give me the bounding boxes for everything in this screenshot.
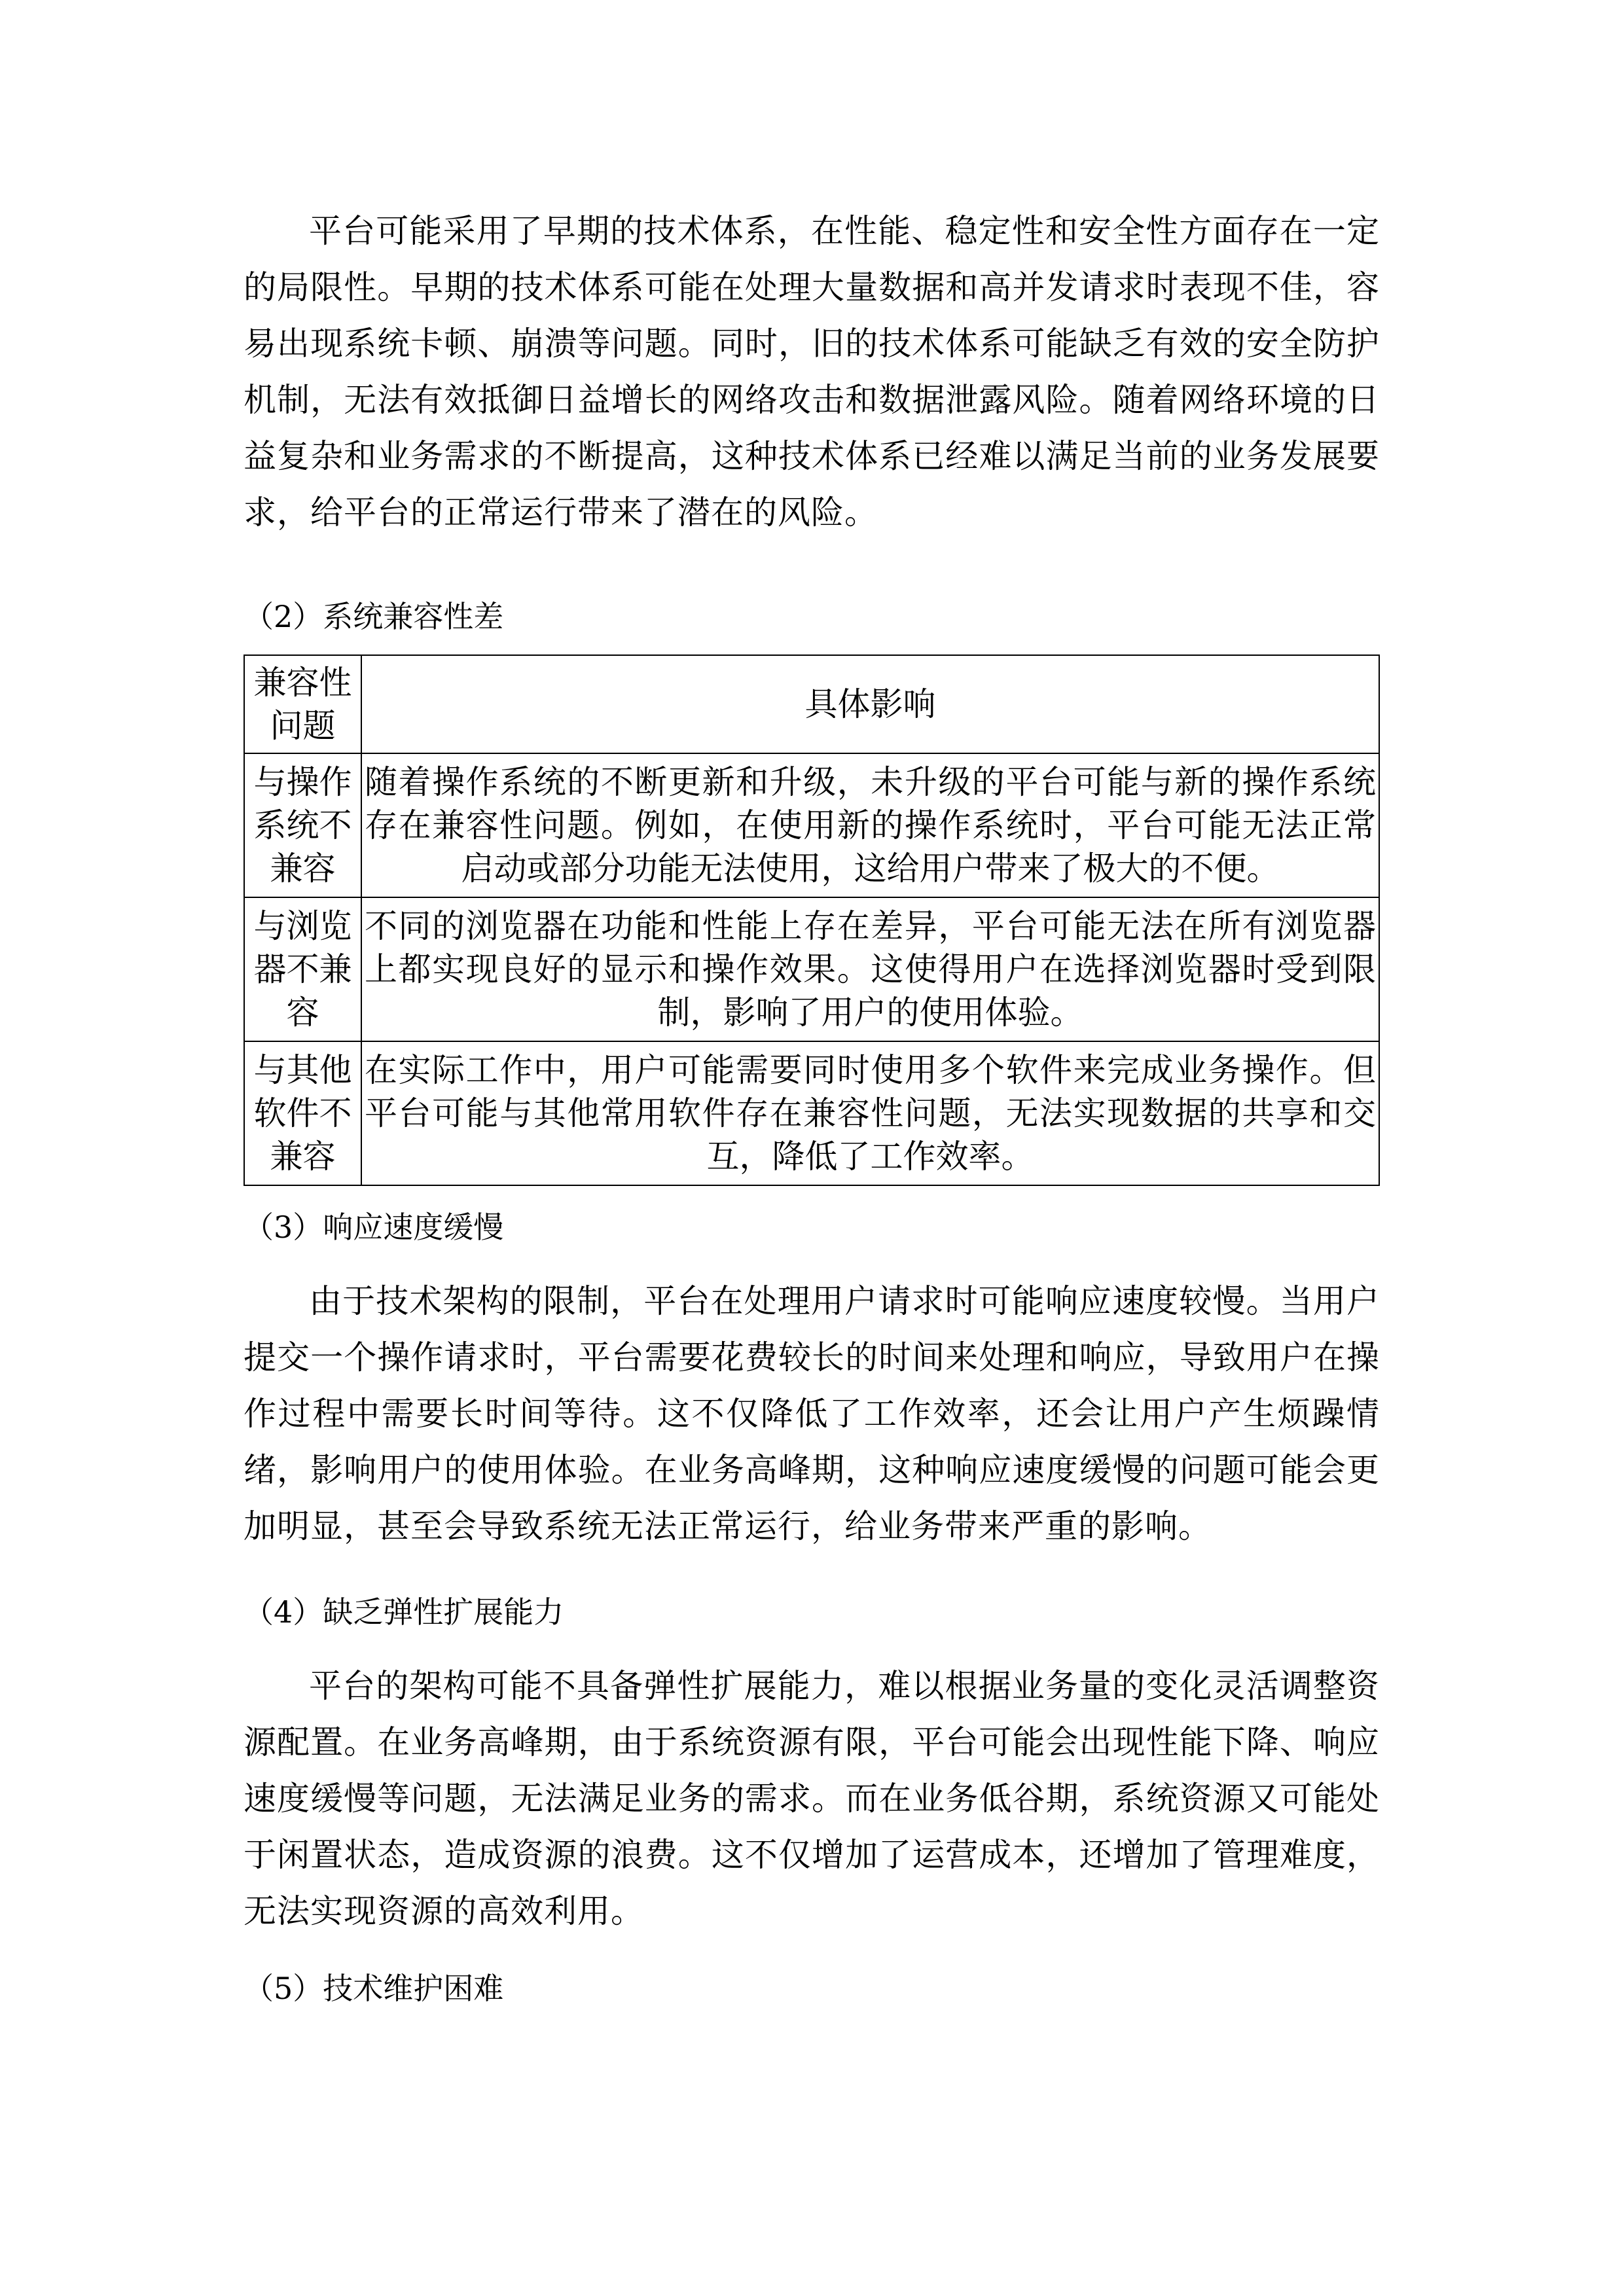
- table-cell-impact: 不同的浏览器在功能和性能上存在差异，平台可能无法在所有浏览器上都实现良好的显示和…: [361, 897, 1379, 1041]
- table-cell-issue: 与操作系统不兼容: [244, 753, 361, 897]
- table-cell-impact: 在实际工作中，用户可能需要同时使用多个软件来完成业务操作。但平台可能与其他常用软…: [361, 1041, 1379, 1185]
- paragraph-elastic-scaling: 平台的架构可能不具备弹性扩展能力，难以根据业务量的变化灵活调整资源配置。在业务高…: [244, 1658, 1380, 1939]
- table-header-cell: 兼容性问题: [244, 655, 361, 753]
- table-cell-issue: 与浏览器不兼容: [244, 897, 361, 1041]
- heading-response-speed: （3）响应速度缓慢: [244, 1208, 503, 1247]
- table-header-cell: 具体影响: [361, 655, 1379, 753]
- table-cell-issue: 与其他软件不兼容: [244, 1041, 361, 1185]
- heading-maintenance: （5）技术维护困难: [244, 1969, 503, 2008]
- heading-elastic-scaling: （4）缺乏弹性扩展能力: [244, 1592, 564, 1632]
- table-cell-impact: 随着操作系统的不断更新和升级，未升级的平台可能与新的操作系统存在兼容性问题。例如…: [361, 753, 1379, 897]
- table-row: 与其他软件不兼容 在实际工作中，用户可能需要同时使用多个软件来完成业务操作。但平…: [244, 1041, 1379, 1185]
- table-header-row: 兼容性问题 具体影响: [244, 655, 1379, 753]
- table-row: 与操作系统不兼容 随着操作系统的不断更新和升级，未升级的平台可能与新的操作系统存…: [244, 753, 1379, 897]
- compatibility-table: 兼容性问题 具体影响 与操作系统不兼容 随着操作系统的不断更新和升级，未升级的平…: [244, 655, 1380, 1186]
- paragraph-response-speed: 由于技术架构的限制，平台在处理用户请求时可能响应速度较慢。当用户提交一个操作请求…: [244, 1273, 1380, 1554]
- heading-compatibility: （2）系统兼容性差: [244, 597, 503, 636]
- table-row: 与浏览器不兼容 不同的浏览器在功能和性能上存在差异，平台可能无法在所有浏览器上都…: [244, 897, 1379, 1041]
- paragraph-tech-system: 平台可能采用了早期的技术体系，在性能、稳定性和安全性方面存在一定的局限性。早期的…: [244, 203, 1380, 541]
